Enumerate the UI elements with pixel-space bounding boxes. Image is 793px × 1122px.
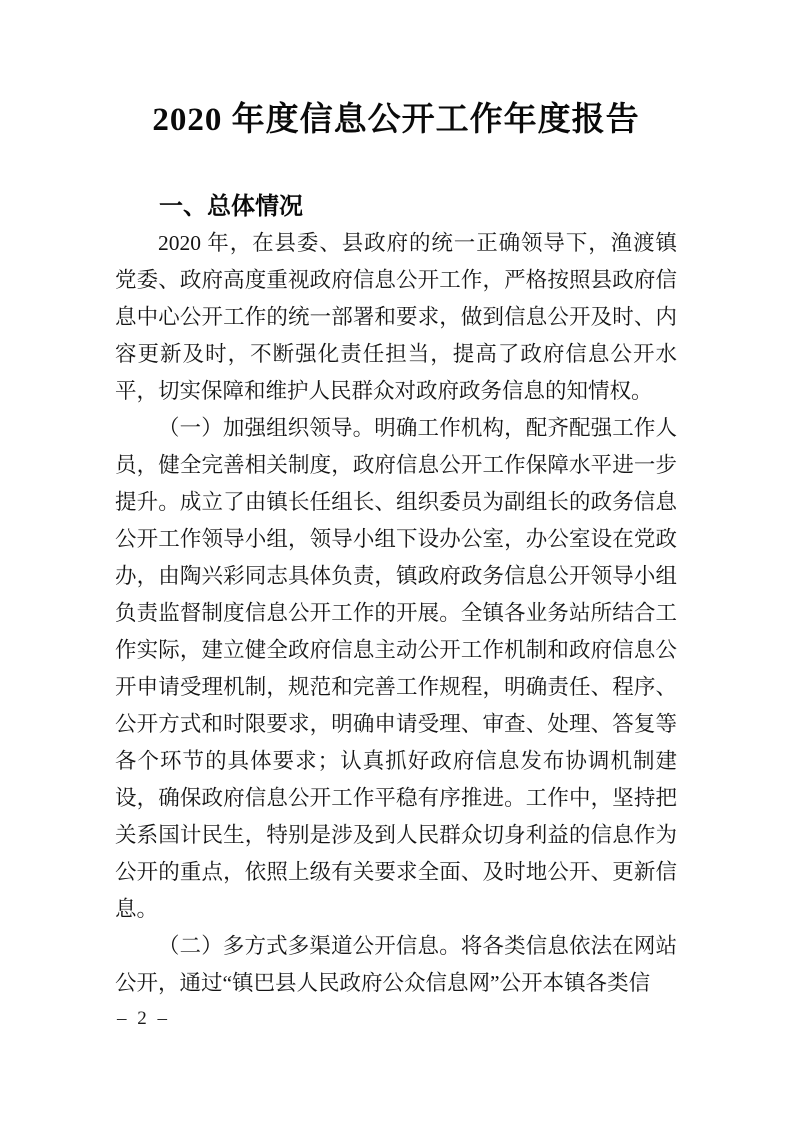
document-page: 2020 年度信息公开工作年度报告 一、总体情况 2020 年，在县委、县政府的… — [0, 0, 793, 1122]
paragraph-multi-channel-disclosure: （二）多方式多渠道公开信息。将各类信息依法在网站公开，通过“镇巴县人民政府公众信… — [115, 928, 677, 1002]
page-number: – 2 – — [117, 1008, 170, 1030]
section-heading-overall-situation: 一、总体情况 — [115, 188, 677, 225]
paragraph-overview: 2020 年，在县委、县政府的统一正确领导下，渔渡镇党委、政府高度重视政府信息公… — [115, 225, 677, 410]
document-title: 2020 年度信息公开工作年度报告 — [115, 100, 677, 140]
paragraph-organizational-leadership: （一）加强组织领导。明确工作机构，配齐配强工作人员，健全完善相关制度，政府信息公… — [115, 410, 677, 928]
